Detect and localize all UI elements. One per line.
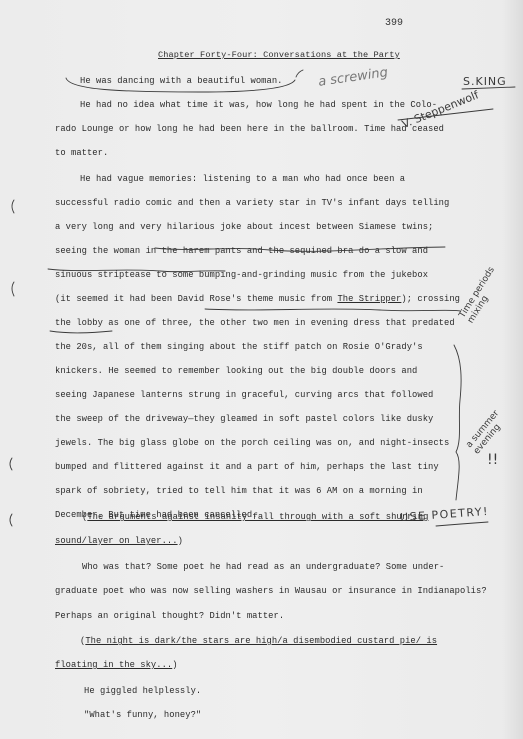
handwritten-exclamation: !! [487, 452, 498, 468]
manuscript-line: graduate poet who was now selling washer… [55, 586, 487, 596]
line-text: the lobby as one of three, the other two… [55, 318, 455, 328]
manuscript-line: rado Lounge or how long he had been here… [55, 124, 444, 134]
manuscript-line: sinuous striptease to some bumping-and-g… [55, 270, 428, 280]
manuscript-line: (The night is dark/the stars are high/a … [80, 636, 437, 646]
manuscript-line: He had vague memories: listening to a ma… [80, 174, 405, 184]
handwritten-note-summer-evening: a summer evening [464, 404, 513, 457]
line-text: graduate poet who was now selling washer… [55, 586, 487, 596]
typescript-page: 399 Chapter Forty-Four: Conversations at… [0, 0, 523, 739]
manuscript-line: the lobby as one of three, the other two… [55, 318, 455, 328]
line-text-tail: ); crossing [401, 294, 460, 304]
chapter-title: Chapter Forty-Four: Conversations at the… [158, 50, 400, 60]
manuscript-line: Perhaps an original thought? Didn't matt… [55, 611, 284, 621]
manuscript-line: (it seemed it had been David Rose's them… [55, 294, 460, 304]
line-text: jewels. The big glass globe on the porch… [55, 438, 449, 448]
line-text: spark of sobriety, tried to tell him tha… [55, 486, 423, 496]
line-text: (it seemed it had been David Rose's them… [55, 294, 337, 304]
manuscript-line: spark of sobriety, tried to tell him tha… [55, 486, 423, 496]
underlined-text: floating in the sky... [55, 660, 172, 670]
manuscript-line: He giggled helplessly. [84, 686, 201, 696]
manuscript-line: Who was that? Some poet he had read as a… [82, 562, 444, 572]
line-text: seeing Japanese lanterns strung in grace… [55, 390, 433, 400]
line-text-tail: ) [172, 660, 177, 670]
page-number: 399 [385, 18, 403, 29]
line-text: sinuous striptease to some bumping-and-g… [55, 270, 428, 280]
line-text: Who was that? Some poet he had read as a… [82, 562, 444, 572]
manuscript-line: floating in the sky...) [55, 660, 178, 670]
line-text: He giggled helplessly. [84, 686, 201, 696]
manuscript-line: successful radio comic and then a variet… [55, 198, 449, 208]
line-text: knickers. He seemed to remember looking … [55, 366, 417, 376]
manuscript-line: knickers. He seemed to remember looking … [55, 366, 417, 376]
line-text: seeing the woman in the harem pants and … [55, 246, 428, 256]
line-text: the sweep of the driveway—they gleamed i… [55, 414, 433, 424]
manuscript-line: to matter. [55, 148, 108, 158]
line-text: successful radio comic and then a variet… [55, 198, 449, 208]
handwritten-signature: S.KING [463, 75, 507, 88]
handwritten-note-time-periods: Time periods mixing [458, 264, 507, 325]
line-text: He was dancing with a beautiful woman. [80, 76, 283, 86]
underlined-text: The night is dark/the stars are high/a d… [85, 636, 437, 646]
manuscript-line: He had no idea what time it was, how lon… [80, 100, 437, 110]
manuscript-line: seeing Japanese lanterns strung in grace… [55, 390, 433, 400]
handwritten-note-screwing: a screwing [317, 65, 389, 90]
line-text: bumped and flittered against it and a pa… [55, 462, 439, 472]
underlined-text: sound/layer on layer... [55, 536, 178, 546]
line-text: "What's funny, honey?" [84, 710, 201, 720]
line-text: Perhaps an original thought? Didn't matt… [55, 611, 284, 621]
underlined-text: The Stripper [337, 294, 401, 304]
manuscript-line: bumped and flittered against it and a pa… [55, 462, 439, 472]
manuscript-line: He was dancing with a beautiful woman. [80, 76, 283, 86]
manuscript-line: jewels. The big glass globe on the porch… [55, 438, 449, 448]
manuscript-line: seeing the woman in the harem pants and … [55, 246, 428, 256]
manuscript-line: "What's funny, honey?" [84, 710, 201, 720]
manuscript-line: (The arguments against insanity fall thr… [82, 512, 428, 522]
line-text: rado Lounge or how long he had been here… [55, 124, 444, 134]
manuscript-line: a very long and very hilarious joke abou… [55, 222, 433, 232]
line-text: He had vague memories: listening to a ma… [80, 174, 405, 184]
underlined-text: The arguments against insanity fall thro… [87, 512, 428, 522]
line-text: the 20s, all of them singing about the s… [55, 342, 423, 352]
line-text: a very long and very hilarious joke abou… [55, 222, 433, 232]
manuscript-line: the 20s, all of them singing about the s… [55, 342, 423, 352]
line-text-tail: ) [178, 536, 183, 546]
manuscript-line: sound/layer on layer...) [55, 536, 183, 546]
manuscript-line: the sweep of the driveway—they gleamed i… [55, 414, 433, 424]
line-text: He had no idea what time it was, how lon… [80, 100, 437, 110]
line-text: to matter. [55, 148, 108, 158]
handwritten-note-use-poetry: USE POETRY! [400, 505, 490, 524]
